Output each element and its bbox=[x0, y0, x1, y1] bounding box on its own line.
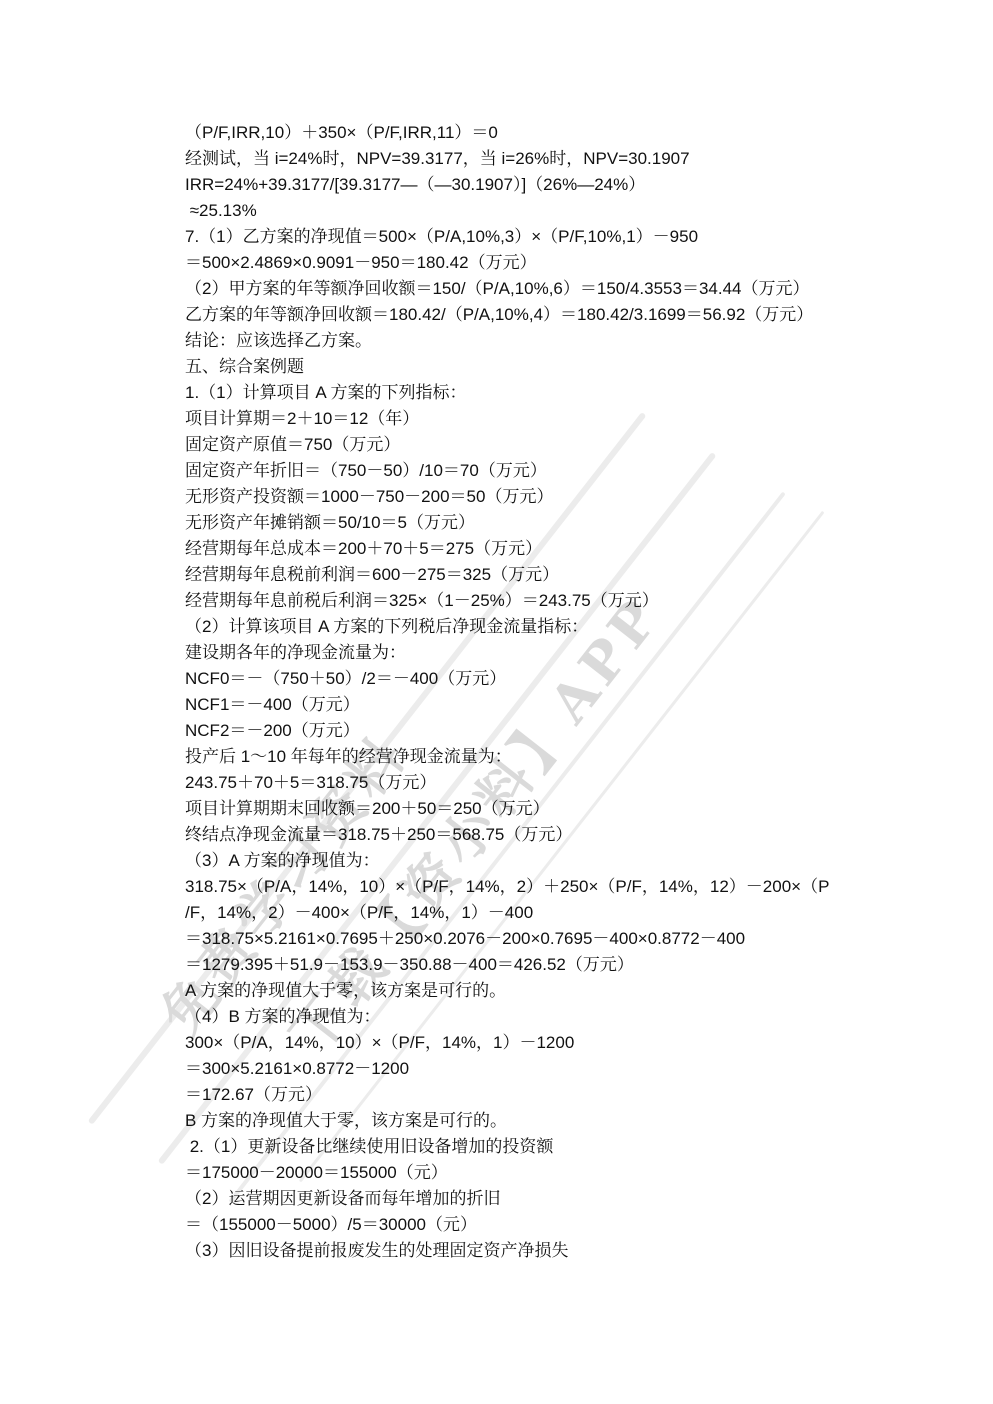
text-line: 结论：应该选择乙方案。 bbox=[185, 328, 865, 354]
text-line: 固定资产原值＝750（万元） bbox=[185, 432, 865, 458]
text-line: 300×（P/A，14%，10）×（P/F，14%，1）－1200 bbox=[185, 1030, 865, 1056]
text-line: 318.75×（P/A，14%，10）×（P/F，14%，2）＋250×（P/F… bbox=[185, 874, 865, 900]
text-line: 乙方案的年等额净回收额＝180.42/（P/A,10%,4）＝180.42/3.… bbox=[185, 302, 865, 328]
text-line: /F，14%，2）－400×（P/F，14%，1）－400 bbox=[185, 900, 865, 926]
text-line: 项目计算期＝2＋10＝12（年） bbox=[185, 406, 865, 432]
text-line: 投产后 1～10 年每年的经营净现金流量为： bbox=[185, 744, 865, 770]
text-line: ＝300×5.2161×0.8772－1200 bbox=[185, 1056, 865, 1082]
section-heading: 五、综合案例题 bbox=[185, 354, 865, 380]
text-line: ＝（155000－5000）/5＝30000（元） bbox=[185, 1212, 865, 1238]
text-line: IRR=24%+39.3177/[39.3177—（—30.1907）]（26%… bbox=[185, 172, 865, 198]
text-line: 2.（1）更新设备比继续使用旧设备增加的投资额 bbox=[185, 1134, 865, 1160]
text-line: 项目计算期期末回收额＝200＋50＝250（万元） bbox=[185, 796, 865, 822]
text-line: ＝175000－20000＝155000（元） bbox=[185, 1160, 865, 1186]
text-line: （3）因旧设备提前报废发生的处理固定资产净损失 bbox=[185, 1238, 865, 1264]
text-line: A 方案的净现值大于零，该方案是可行的。 bbox=[185, 978, 865, 1004]
text-line: NCF2＝－200（万元） bbox=[185, 718, 865, 744]
text-line: ≈25.13% bbox=[185, 198, 865, 224]
text-line: ＝172.67（万元） bbox=[185, 1082, 865, 1108]
document-body: （P/F,IRR,10）＋350×（P/F,IRR,11）＝0 经测试，当 i=… bbox=[185, 120, 865, 1264]
text-line: 经营期每年总成本＝200＋70＋5＝275（万元） bbox=[185, 536, 865, 562]
text-line: NCF0＝－（750＋50）/2＝－400（万元） bbox=[185, 666, 865, 692]
text-line: 243.75＋70＋5＝318.75（万元） bbox=[185, 770, 865, 796]
text-line: （P/F,IRR,10）＋350×（P/F,IRR,11）＝0 bbox=[185, 120, 865, 146]
text-line: 无形资产投资额＝1000－750－200＝50（万元） bbox=[185, 484, 865, 510]
text-line: ＝1279.395＋51.9－153.9－350.88－400＝426.52（万… bbox=[185, 952, 865, 978]
text-line: （2）甲方案的年等额净回收额＝150/（P/A,10%,6）＝150/4.355… bbox=[185, 276, 865, 302]
text-line: 固定资产年折旧＝（750－50）/10＝70（万元） bbox=[185, 458, 865, 484]
text-line: B 方案的净现值大于零，该方案是可行的。 bbox=[185, 1108, 865, 1134]
text-line: 7.（1）乙方案的净现值＝500×（P/A,10%,3）×（P/F,10%,1）… bbox=[185, 224, 865, 250]
text-line: 1.（1）计算项目 A 方案的下列指标： bbox=[185, 380, 865, 406]
text-line: （3）A 方案的净现值为： bbox=[185, 848, 865, 874]
text-line: 终结点净现金流量＝318.75＋250＝568.75（万元） bbox=[185, 822, 865, 848]
text-line: （4）B 方案的净现值为： bbox=[185, 1004, 865, 1030]
text-line: 经营期每年息税前利润＝600－275＝325（万元） bbox=[185, 562, 865, 588]
text-line: NCF1＝－400（万元） bbox=[185, 692, 865, 718]
text-line: 无形资产年摊销额＝50/10＝5（万元） bbox=[185, 510, 865, 536]
text-line: 建设期各年的净现金流量为： bbox=[185, 640, 865, 666]
text-line: 经测试，当 i=24%时，NPV=39.3177，当 i=26%时，NPV=30… bbox=[185, 146, 865, 172]
text-line: ＝500×2.4869×0.9091－950＝180.42（万元） bbox=[185, 250, 865, 276]
text-line: ＝318.75×5.2161×0.7695＋250×0.2076－200×0.7… bbox=[185, 926, 865, 952]
text-line: 经营期每年息前税后利润＝325×（1－25%）＝243.75（万元） bbox=[185, 588, 865, 614]
text-line: （2）计算该项目 A 方案的下列税后净现金流量指标： bbox=[185, 614, 865, 640]
text-line: （2）运营期因更新设备而每年增加的折旧 bbox=[185, 1186, 865, 1212]
document-page: 免费学习资料 下载【资小料】APP （P/F,IRR,10）＋350×（P/F,… bbox=[0, 0, 993, 1404]
